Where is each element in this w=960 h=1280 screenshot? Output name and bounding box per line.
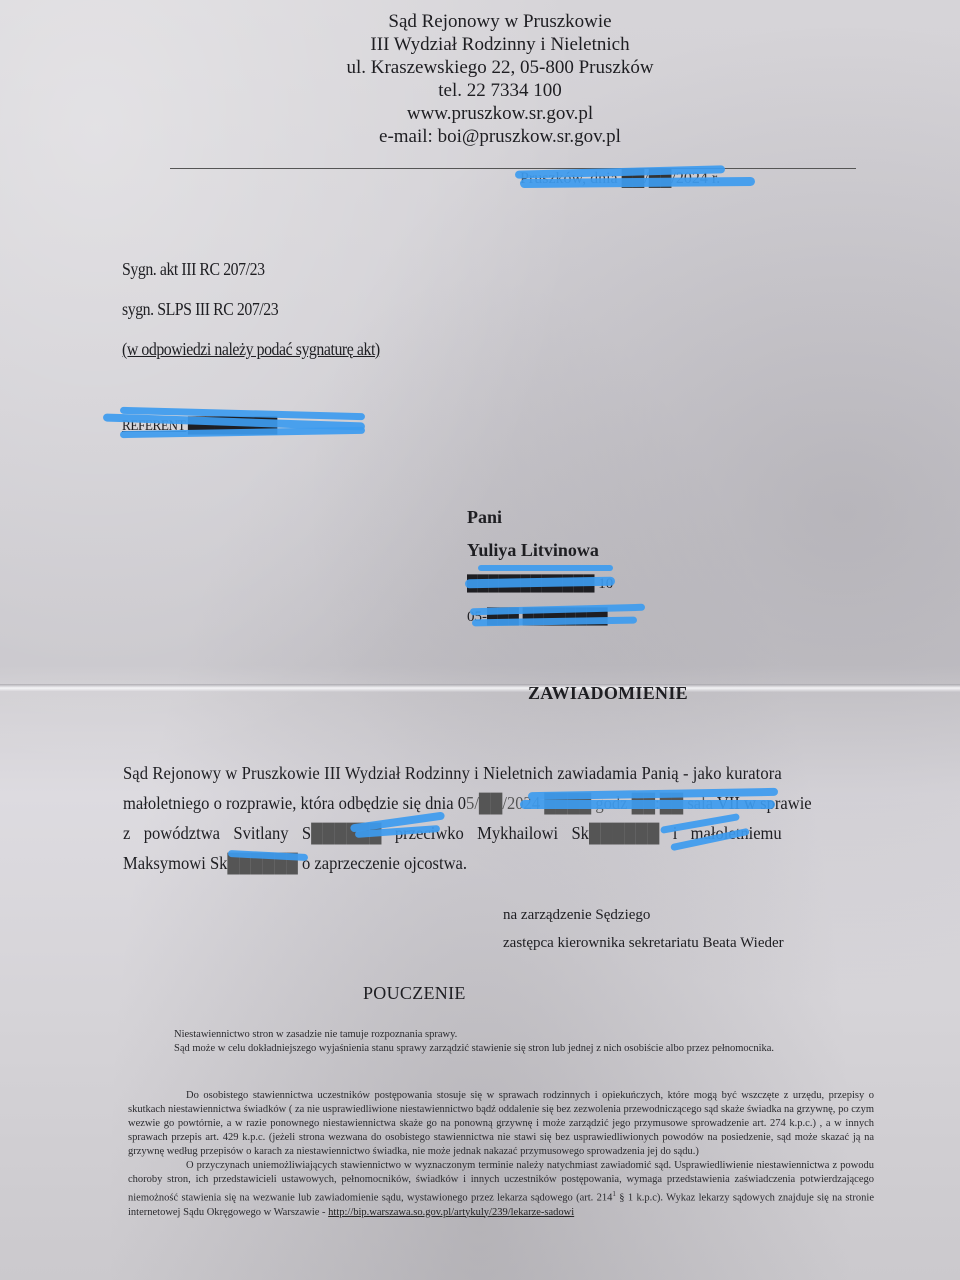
instruction-paragraph: Do osobistego stawiennictwa uczestników … xyxy=(128,1089,874,1159)
instructions-title: POUCZENIE xyxy=(363,983,466,1004)
paper-shading xyxy=(0,0,960,1280)
body-text: Maksymowi Sk xyxy=(123,853,227,873)
recipient-name: Yuliya Litvinowa xyxy=(467,540,599,561)
body-text: o zaprzeczenie ojcostwa. xyxy=(298,853,467,873)
instruction-paragraph: O przyczynach uniemożliwiających stawien… xyxy=(128,1159,874,1220)
court-website: www.pruszkow.sr.gov.pl xyxy=(300,102,700,125)
letterhead: Sąd Rejonowy w Pruszkowie III Wydział Ro… xyxy=(300,10,700,148)
paper-fold xyxy=(0,684,960,692)
document-title: ZAWIADOMIENIE xyxy=(528,683,688,704)
instruction-paragraph: Sąd może w celu dokładniejszego wyjaśnie… xyxy=(128,1042,874,1056)
court-name: Sąd Rejonowy w Pruszkowie xyxy=(300,10,700,33)
slps-number: sygn. SLPS III RC 207/23 xyxy=(122,299,278,320)
court-doctors-link[interactable]: http://bip.warszawa.so.gov.pl/artykuly/2… xyxy=(328,1207,574,1218)
redaction-mark xyxy=(472,617,637,627)
redaction-mark xyxy=(478,565,613,571)
court-phone: tel. 22 7334 100 xyxy=(300,79,700,102)
signature-name: zastępca kierownika sekretariatu Beata W… xyxy=(503,935,784,952)
instructions-block-1: Niestawiennictwo stron w zasadzie nie ta… xyxy=(128,1028,874,1056)
instructions-block-2: Do osobistego stawiennictwa uczestników … xyxy=(128,1089,874,1220)
reply-instruction: (w odpowiedzi należy podać sygnaturę akt… xyxy=(122,339,380,360)
court-email: e-mail: boi@pruszkow.sr.gov.pl xyxy=(300,125,700,148)
signature-authority: na zarządzenie Sędziego xyxy=(503,907,650,924)
case-number: Sygn. akt III RC 207/23 xyxy=(122,259,265,280)
instruction-paragraph: Niestawiennictwo stron w zasadzie nie ta… xyxy=(128,1028,874,1042)
redacted-surname: ██████ xyxy=(589,823,659,843)
recipient-salutation: Pani xyxy=(467,507,502,528)
court-division: III Wydział Rodzinny i Nieletnich xyxy=(300,33,700,56)
redaction-mark xyxy=(520,800,775,809)
body-text: z powództwa Svitlany S xyxy=(123,823,311,843)
body-line-1: Sąd Rejonowy w Pruszkowie III Wydział Ro… xyxy=(123,758,828,788)
court-address: ul. Kraszewskiego 22, 05-800 Pruszków xyxy=(300,56,700,79)
body-text: małoletniego o rozprawie, która odbędzie… xyxy=(123,793,466,813)
header-divider xyxy=(170,168,856,169)
